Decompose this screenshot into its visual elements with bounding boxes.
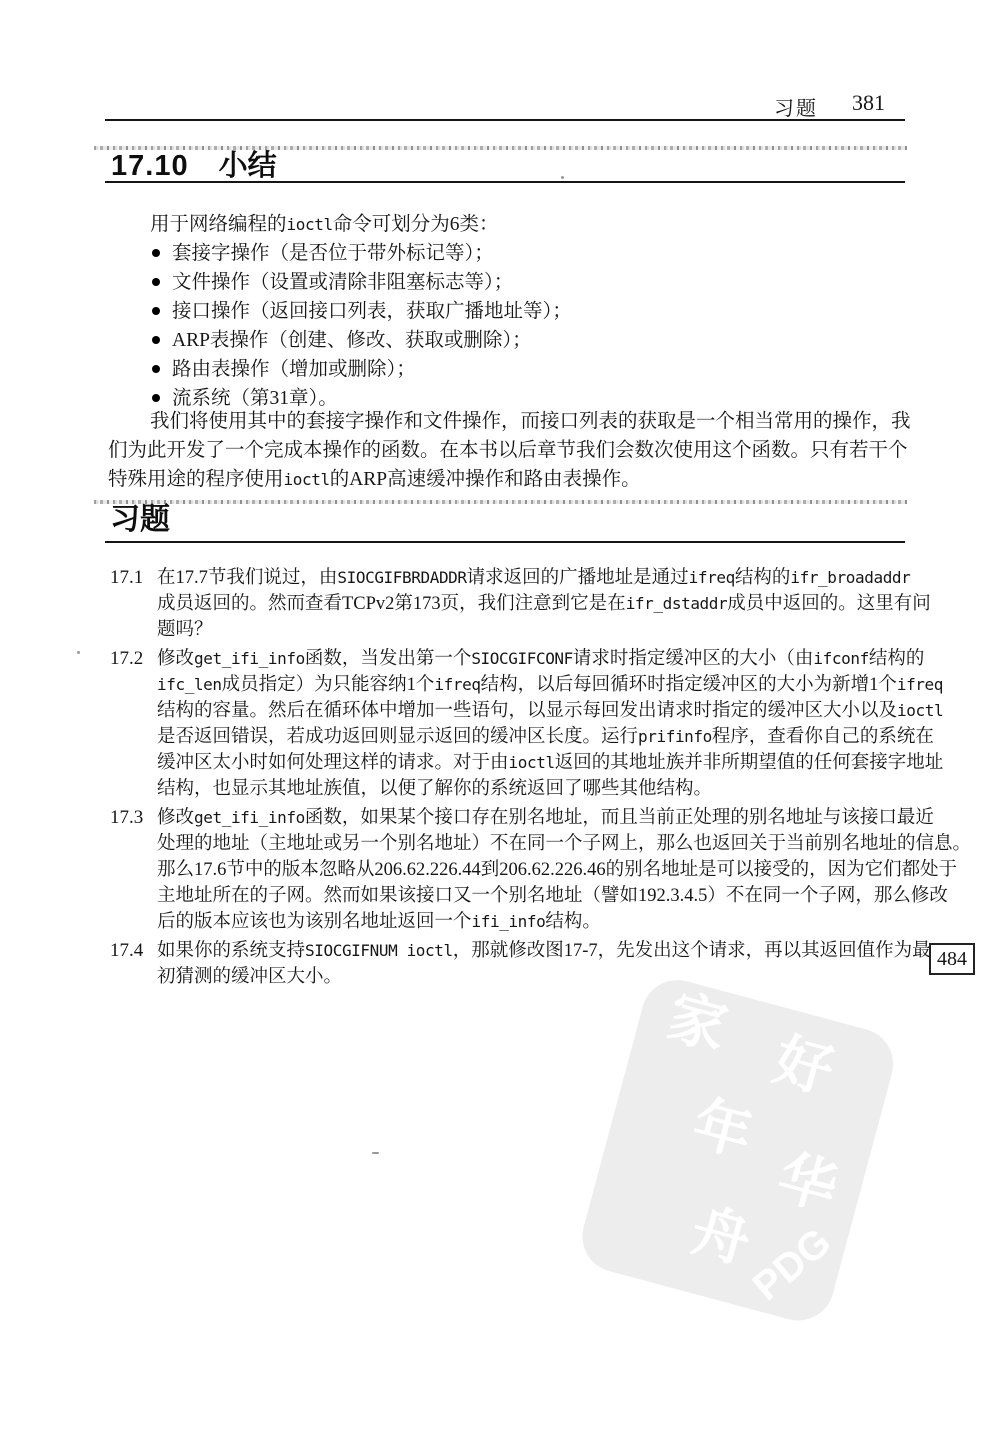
text-run: 的ARP高速缓冲操作和路由表操作。: [330, 469, 641, 490]
inline-code: ifr_dstaddr: [626, 594, 728, 613]
text-line: 在17.7节我们说过，由SIOCGIFBRDADDR请求返回的广播地址是通过if…: [157, 565, 940, 591]
text-line: 初猜测的缓冲区大小。: [157, 964, 940, 990]
inline-code: ioctl: [509, 753, 555, 772]
text-run: 结构的容量。然后在循环体中增加一些语句，以显示每回发出请求时指定的缓冲区大小以及: [157, 701, 897, 721]
exercise-item: 17.1在17.7节我们说过，由SIOCGIFBRDADDR请求返回的广播地址是…: [110, 565, 940, 643]
text-run: 那么17.6节中的版本忽略从206.62.226.44到206.62.226.4…: [157, 860, 957, 880]
exercise-item: 17.2修改get_ifi_info函数，当发出第一个SIOCGIFCONF请求…: [110, 646, 940, 802]
text-run: 结构的: [735, 568, 791, 588]
text-run: ARP表操作（创建、修改、获取或删除）；: [172, 330, 532, 351]
text-run: 接口操作（返回接口列表，获取广播地址等）；: [172, 301, 572, 322]
running-head-title: 习题: [774, 92, 818, 121]
text-run: 命令可划分为6类：: [333, 214, 499, 235]
inline-code: ifreq: [434, 675, 480, 694]
exercises-divider-hatch: [94, 500, 907, 504]
summary-paragraph: 我们将使用其中的套接字操作和文件操作，而接口列表的获取是一个相当常用的操作，我们…: [108, 407, 908, 494]
watermark-pdg-label: PDG: [745, 1220, 840, 1310]
inline-code: ifi_info: [472, 912, 546, 931]
text-line: ifc_len成员指定）为只能容纳1个ifreq结构，以后每回循环时指定缓冲区的…: [157, 672, 943, 698]
summary-body: 用于网络编程的ioctl命令可划分为6类：套接字操作（是否位于带外标记等）；文件…: [108, 210, 908, 494]
inline-code: SIOCGIFBRDADDR: [337, 568, 466, 587]
text-run: 处理的地址（主地址或另一个别名地址）不在同一个子网上，那么也返回关于当前别名地址…: [157, 834, 971, 854]
text-line: 路由表操作（增加或删除）；: [108, 355, 908, 384]
text-run: 请求返回的广播地址是通过: [467, 568, 689, 588]
text-run: 后的版本应该也为该别名地址返回一个: [157, 912, 472, 932]
inline-code: ioctl: [287, 215, 333, 234]
text-run: 结构。: [545, 912, 601, 932]
text-run: 我们将使用其中的套接字操作和文件操作，而接口列表的获取是一个相当常用的操作，我: [150, 411, 911, 432]
text-run: 们为此开发了一个完成本操作的函数。在本书以后章节我们会数次使用这个函数。只有若干…: [108, 440, 908, 461]
bullet-icon: [152, 365, 160, 373]
text-line: 那么17.6节中的版本忽略从206.62.226.44到206.62.226.4…: [157, 857, 971, 883]
bullet-icon: [152, 278, 160, 286]
text-run: 函数，如果某个接口存在别名地址，而且当前正处理的别名地址与该接口最近: [305, 808, 934, 828]
text-line: 处理的地址（主地址或另一个别名地址）不在同一个子网上，那么也返回关于当前别名地址…: [157, 831, 971, 857]
summary-heading-rule: [105, 181, 905, 183]
text-run: ，那就修改图17-7，先发出这个请求，再以其返回值作为最: [453, 941, 931, 961]
exercise-text: 在17.7节我们说过，由SIOCGIFBRDADDR请求返回的广播地址是通过if…: [157, 565, 940, 643]
text-run: 主地址所在的子网。然而如果该接口又一个别名地址（譬如192.3.4.5）不在同一…: [157, 886, 948, 906]
text-run: 结构，也显示其地址族值，以便了解你的系统返回了哪些其他结构。: [157, 779, 712, 799]
exercises-heading: 习题: [110, 504, 170, 536]
exercise-text: 如果你的系统支持SIOCGIFNUM ioctl，那就修改图17-7，先发出这个…: [157, 938, 940, 990]
exercise-number: 17.3: [110, 805, 157, 831]
text-run: 如果你的系统支持: [157, 941, 305, 961]
scan-speck: [77, 651, 80, 654]
inline-code: ifr_broadaddr: [790, 568, 910, 587]
exercises-heading-rule: [105, 541, 905, 543]
text-run: 在17.7节我们说过，由: [157, 568, 337, 588]
text-line: 结构，也显示其地址族值，以便了解你的系统返回了哪些其他结构。: [157, 776, 943, 802]
watermark-seal-glyph: 舟: [685, 1200, 757, 1273]
text-run: 流系统（第31章）。: [172, 388, 338, 409]
bullet-icon: [152, 307, 160, 315]
exercise-item: 17.4如果你的系统支持SIOCGIFNUM ioctl，那就修改图17-7，先…: [110, 938, 940, 990]
text-line: 是否返回错误，若成功返回则显示返回的缓冲区长度。运行prifinfo程序，查看你…: [157, 724, 943, 750]
text-line: 用于网络编程的ioctl命令可划分为6类：: [108, 210, 908, 239]
inline-code: get_ifi_info: [194, 649, 305, 668]
text-line: 修改get_ifi_info函数，当发出第一个SIOCGIFCONF请求时指定缓…: [157, 646, 943, 672]
watermark: PDG 家好年华舟: [574, 972, 901, 1329]
watermark-seal-glyph: 年: [687, 1093, 759, 1166]
text-line: 主地址所在的子网。然而如果该接口又一个别名地址（譬如192.3.4.5）不在同一…: [157, 883, 971, 909]
section-title: 小结: [219, 150, 277, 182]
text-run: 修改: [157, 808, 194, 828]
text-line: 接口操作（返回接口列表，获取广播地址等）；: [108, 297, 908, 326]
text-run: 题吗？: [157, 620, 213, 640]
text-line: ARP表操作（创建、修改、获取或删除）；: [108, 326, 908, 355]
exercise-number: 17.1: [110, 565, 157, 591]
text-run: 修改: [157, 649, 194, 669]
text-line: 文件操作（设置或清除非阻塞标志等）；: [108, 268, 908, 297]
text-run: 文件操作（设置或清除非阻塞标志等）；: [172, 272, 513, 293]
text-line: 后的版本应该也为该别名地址返回一个ifi_info结构。: [157, 909, 971, 935]
text-line: 我们将使用其中的套接字操作和文件操作，而接口列表的获取是一个相当常用的操作，我: [108, 407, 908, 436]
bullet-icon: [152, 394, 160, 402]
text-run: 是否返回错误，若成功返回则显示返回的缓冲区长度。运行: [157, 727, 638, 747]
text-line: 缓冲区太小时如何处理这样的请求。对于由ioctl返回的其地址族并非所期望值的任何…: [157, 750, 943, 776]
inline-code: ioctl: [897, 701, 943, 720]
inline-code: prifinfo: [638, 727, 712, 746]
text-run: 返回的其地址族并非所期望值的任何套接字地址: [555, 753, 944, 773]
text-line: 特殊用途的程序使用ioctl的ARP高速缓冲操作和路由表操作。: [108, 465, 908, 494]
text-line: 如果你的系统支持SIOCGIFNUM ioctl，那就修改图17-7，先发出这个…: [157, 938, 940, 964]
summary-section-heading: 17.10小结: [111, 150, 277, 182]
exercise-text: 修改get_ifi_info函数，当发出第一个SIOCGIFCONF请求时指定缓…: [157, 646, 943, 802]
exercise-item: 17.3修改get_ifi_info函数，如果某个接口存在别名地址，而且当前正处…: [110, 805, 940, 935]
text-run: 成员返回的。然而查看TCPv2第173页，我们注意到它是在: [157, 594, 626, 614]
header-rule: [105, 119, 905, 121]
scan-speck: [561, 176, 564, 179]
page-number: 381: [852, 90, 885, 116]
inline-code: ioctl: [284, 470, 330, 489]
text-run: 请求时指定缓冲区的大小（由: [573, 649, 814, 669]
bullet-icon: [152, 249, 160, 257]
inline-code: ifreq: [897, 675, 943, 694]
text-run: 结构，以后每回循环时指定缓冲区的大小为新增1个: [481, 675, 897, 695]
exercise-text: 修改get_ifi_info函数，如果某个接口存在别名地址，而且当前正处理的别名…: [157, 805, 971, 935]
text-line: 成员返回的。然而查看TCPv2第173页，我们注意到它是在ifr_dstaddr…: [157, 591, 940, 617]
margin-page-number: 484: [937, 948, 967, 971]
text-run: 成员指定）为只能容纳1个: [222, 675, 435, 695]
text-run: 特殊用途的程序使用: [108, 469, 284, 490]
exercise-number: 17.4: [110, 938, 157, 964]
text-line: 修改get_ifi_info函数，如果某个接口存在别名地址，而且当前正处理的别名…: [157, 805, 971, 831]
text-line: 结构的容量。然后在循环体中增加一些语句，以显示每回发出请求时指定的缓冲区大小以及…: [157, 698, 943, 724]
section-number: 17.10: [111, 150, 189, 182]
text-run: 路由表操作（增加或删除）；: [172, 359, 416, 380]
text-run: 成员中返回的。这里有问: [727, 594, 931, 614]
text-run: 结构的: [869, 649, 925, 669]
text-run: 缓冲区太小时如何处理这样的请求。对于由: [157, 753, 509, 773]
inline-code: ifreq: [689, 568, 735, 587]
scan-speck: [372, 1152, 379, 1154]
margin-page-number-box: 484: [929, 943, 975, 975]
inline-code: SIOCGIFCONF: [471, 649, 573, 668]
inline-code: SIOCGIFNUM ioctl: [305, 941, 453, 960]
text-run: 函数，当发出第一个: [305, 649, 472, 669]
text-run: 初猜测的缓冲区大小。: [157, 967, 342, 987]
inline-code: ifc_len: [157, 675, 222, 694]
bullet-icon: [152, 336, 160, 344]
exercise-number: 17.2: [110, 646, 157, 672]
exercise-list: 17.1在17.7节我们说过，由SIOCGIFBRDADDR请求返回的广播地址是…: [110, 565, 940, 993]
inline-code: get_ifi_info: [194, 808, 305, 827]
watermark-seal-glyph: 家: [661, 987, 733, 1060]
text-line: 们为此开发了一个完成本操作的函数。在本书以后章节我们会数次使用这个函数。只有若干…: [108, 436, 908, 465]
watermark-seal-glyph: 好: [768, 1030, 840, 1103]
watermark-seal-glyph: 华: [772, 1147, 844, 1220]
text-line: 题吗？: [157, 617, 940, 643]
inline-code: ifconf: [813, 649, 868, 668]
text-run: 套接字操作（是否位于带外标记等）；: [172, 243, 494, 264]
text-run: 程序，查看你自己的系统在: [712, 727, 934, 747]
text-line: 套接字操作（是否位于带外标记等）；: [108, 239, 908, 268]
text-run: 用于网络编程的: [150, 214, 287, 235]
